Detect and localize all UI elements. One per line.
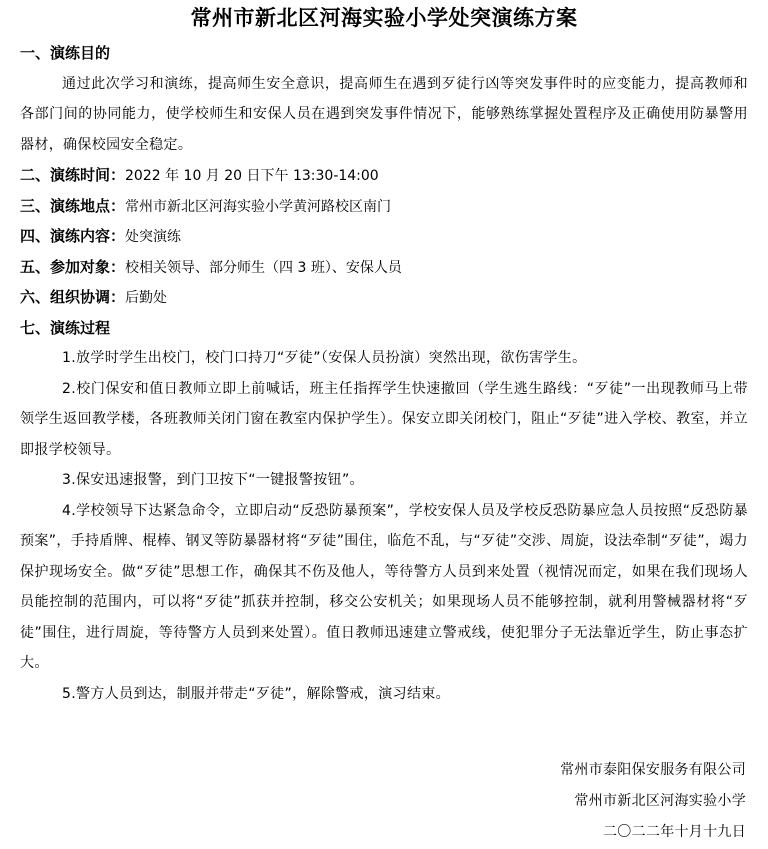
participants-label: 五、参加对象：: [20, 258, 125, 276]
section-participants: 五、参加对象：校相关领导、部分师生（四 3 班）、安保人员: [20, 252, 748, 283]
signature-date: 二〇二二年十月十九日: [603, 817, 746, 847]
signature-org-school: 常州市新北区河海实验小学: [574, 786, 746, 816]
process-step-2: 2.校门保安和值日教师立即上前喊话，班主任指挥学生快速撤回（学生逃生路线：“歹徒…: [20, 374, 748, 466]
coordination-label: 六、组织协调：: [20, 288, 125, 306]
process-step-3: 3.保安迅速报警，到门卫按下“一键报警按钮”。: [20, 465, 748, 496]
section-location: 三、演练地点：常州市新北区河海实验小学黄河路校区南门: [20, 191, 748, 222]
process-step-4: 4.学校领导下达紧急命令，立即启动“反恐防暴预案”，学校安保人员及学校反恐防暴应…: [20, 496, 748, 679]
document-title: 常州市新北区河海实验小学处突演练方案: [0, 2, 768, 34]
location-value: 常州市新北区河海实验小学黄河路校区南门: [125, 199, 391, 215]
section-time: 二、演练时间：2022 年 10 月 20 日下午 13:30-14:00: [20, 160, 748, 191]
section-coordination: 六、组织协调：后勤处: [20, 282, 748, 313]
content-label: 四、演练内容：: [20, 227, 125, 245]
coordination-value: 后勤处: [125, 290, 167, 306]
location-label: 三、演练地点：: [20, 197, 125, 215]
document-page: 常州市新北区河海实验小学处突演练方案 一、演练目的 通过此次学习和演练，提高师生…: [0, 0, 768, 849]
process-step-5: 5.警方人员到达，制服并带走“歹徒”，解除警戒，演习结束。: [20, 679, 748, 710]
purpose-paragraph: 通过此次学习和演练，提高师生安全意识，提高师生在遇到歹徒行凶等突发事件时的应变能…: [20, 69, 748, 161]
time-value: 2022 年 10 月 20 日下午 13:30-14:00: [125, 168, 379, 184]
participants-value: 校相关领导、部分师生（四 3 班）、安保人员: [125, 260, 402, 276]
content-value: 处突演练: [125, 229, 181, 245]
signature-org-security-company: 常州市泰阳保安服务有限公司: [560, 755, 746, 785]
section-content: 四、演练内容：处突演练: [20, 221, 748, 252]
process-step-1: 1.放学时学生出校门，校门口持刀“歹徒”（安保人员扮演）突然出现，欲伤害学生。: [20, 343, 748, 374]
document-body: 一、演练目的 通过此次学习和演练，提高师生安全意识，提高师生在遇到歹徒行凶等突发…: [20, 38, 748, 709]
section-heading-process: 七、演练过程: [20, 313, 748, 344]
section-heading-purpose: 一、演练目的: [20, 38, 748, 69]
time-label: 二、演练时间：: [20, 166, 125, 184]
